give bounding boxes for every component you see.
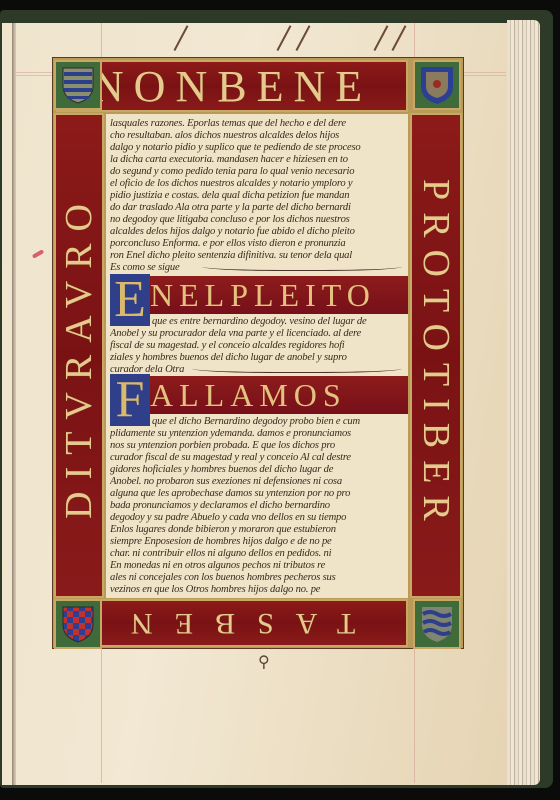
text-block: lasquales razones. Eporlas temas que del… (106, 114, 408, 598)
text-line: siempre Enposesion de hombres hijos dalg… (110, 536, 406, 548)
text-line: curador fiscal de su magestad y real y c… (110, 452, 406, 464)
illuminated-initial: F (110, 374, 150, 426)
text-line: Anobel y su procurador dela vna parte y … (110, 328, 406, 340)
text-line: plidamente su yntenzion ydemanda. damos … (110, 428, 406, 440)
shield-icon (420, 605, 454, 643)
text-line: En monedas ni en otros algunos pechos ni… (110, 560, 406, 572)
text-line: cho resultaban. alos dichos nuestros alc… (110, 130, 406, 142)
catchword-mark: ⚲ (258, 652, 270, 672)
text-line: lasquales razones. Eporlas temas que del… (110, 118, 406, 130)
text-line: no degodoy que litigaba concluso e por l… (110, 214, 406, 226)
flourish-line-filler (202, 260, 402, 271)
text-line: alguna que les aprobechase damos su ynte… (110, 488, 406, 500)
coat-of-arms-bottom-left (54, 599, 102, 649)
border-band-left: DITVRAVRO (54, 113, 104, 598)
text-line: la dicha carta executoria. mandasen hace… (110, 154, 406, 166)
text-line: ales ni concejales con los buenos hombre… (110, 572, 406, 584)
page-fore-edge (507, 20, 540, 785)
border-band-right: PROTOTIBER (410, 113, 462, 598)
text-line: degodoy y su padre Abuelo y cada vno del… (110, 512, 406, 524)
text-line: Enlos lugares donde bibieron y moraron q… (110, 524, 406, 536)
text-line: do dar traslado Ala otra parte y la part… (110, 202, 406, 214)
border-text-right: PROTOTIBER (414, 179, 458, 533)
text-line: Anobel. no probaron sus exeziones ni def… (110, 476, 406, 488)
text-line: gidores hoficiales y hombres buenos del … (110, 464, 406, 476)
section-heading-band: ALLAMOS (110, 376, 408, 414)
text-line: porconcluso Enforma. e por ellos visto d… (110, 238, 406, 250)
section-heading: NELPLEITO (150, 277, 376, 314)
text-line: que el dicho Bernardino degodoy probo bi… (152, 416, 406, 428)
text-line: fiscal de su magestad. y el conceio alca… (110, 340, 406, 352)
coat-of-arms-bottom-right (413, 599, 461, 649)
page-gutter (12, 23, 16, 785)
border-text-top: NONBENE (92, 61, 372, 112)
text-line: do segund y como pedido tenia para lo qu… (110, 166, 406, 178)
border-text-bottom: TASBEN (109, 606, 355, 640)
text-line: pidio justizia e costas. dela qual dicha… (110, 190, 406, 202)
border-band-bottom: TASBEN (56, 599, 408, 647)
illuminated-initial: E (110, 274, 150, 326)
text-line: nos su yntenzion porbien probada. E que … (110, 440, 406, 452)
shield-icon (61, 66, 95, 104)
section-heading: ALLAMOS (150, 377, 347, 414)
section-heading-band: NELPLEITO (110, 276, 408, 314)
coat-of-arms-top-right (413, 60, 461, 110)
border-text-left: DITVRAVRO (57, 192, 101, 519)
text-line: bada pronunciamos y declaramos el dicho … (110, 500, 406, 512)
coat-of-arms-top-left (54, 60, 102, 110)
text-line: el oficio de los dichos nuestros alcalde… (110, 178, 406, 190)
text-line: vezinos en que los Otros hombres hijos d… (110, 584, 406, 596)
border-band-top: NONBENE (56, 60, 408, 112)
text-line: alcaldes delos hijos dalgo y notario fue… (110, 226, 406, 238)
text-line: dalgo y notario pidio y suplico que te p… (110, 142, 406, 154)
shield-icon (61, 605, 95, 643)
shield-icon (419, 65, 455, 105)
flourish-line-filler (192, 362, 402, 373)
text-line: que es entre bernardino degodoy. vesino … (152, 316, 406, 328)
text-line: char. ni contribuir ellos ni alguno dell… (110, 548, 406, 560)
